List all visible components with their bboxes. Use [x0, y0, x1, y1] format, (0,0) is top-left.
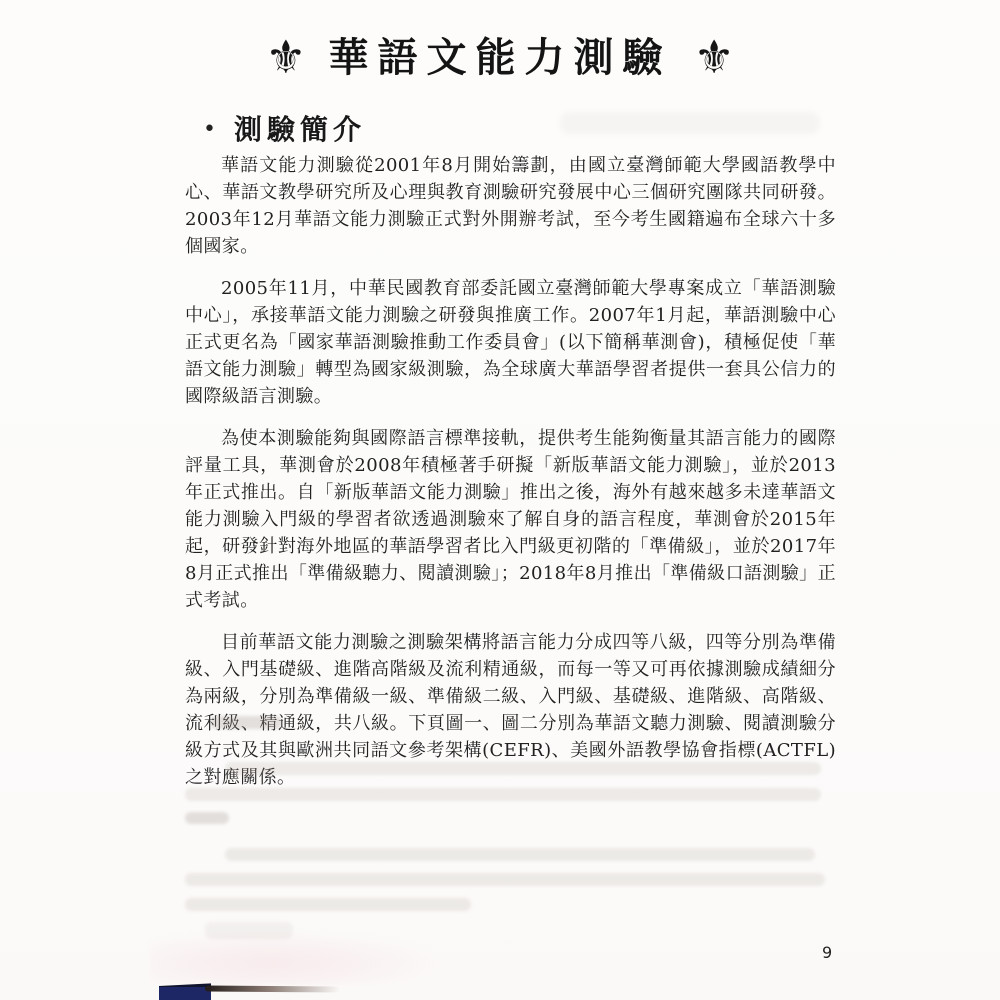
- bleed-through-line: [185, 898, 471, 911]
- document-header: ⚜ 華語文能力測驗 ⚜: [0, 26, 1000, 83]
- bleed-through-line: [210, 716, 282, 729]
- scan-smudge: [560, 112, 820, 134]
- section-heading-text: 測驗簡介: [234, 108, 366, 148]
- bleed-through-line: [225, 848, 815, 861]
- fleur-de-lis-icon: ⚜: [265, 34, 306, 80]
- scanned-document-page: ⚜ 華語文能力測驗 ⚜ • 測驗簡介 華語文能力測驗從2001年8月開始籌劃，由…: [0, 0, 1000, 1000]
- paragraph-3: 為使本測驗能夠與國際語言標準接軌，提供考生能夠衡量其語言能力的國際評量工具，華測…: [185, 425, 836, 614]
- fleur-de-lis-icon: ⚜: [694, 34, 735, 80]
- paragraph-2: 2005年11月，中華民國教育部委託國立臺灣師範大學專案成立「華語測驗中心」，承…: [185, 275, 836, 410]
- bleed-through-line: [185, 788, 821, 801]
- book-edge-shadow: [205, 986, 340, 993]
- body-text: 華語文能力測驗從2001年8月開始籌劃，由國立臺灣師範大學國語教學中心、華語文教…: [185, 152, 836, 806]
- bullet-icon: •: [203, 117, 216, 142]
- bleed-through-line: [185, 873, 825, 886]
- page-number: 9: [822, 943, 832, 962]
- bleed-through-line: [185, 812, 229, 824]
- scan-color-tinge: [150, 930, 450, 985]
- paragraph-1: 華語文能力測驗從2001年8月開始籌劃，由國立臺灣師範大學國語教學中心、華語文教…: [185, 152, 836, 260]
- bleed-through-line: [225, 762, 821, 775]
- document-title: 華語文能力測驗: [329, 26, 672, 83]
- section-heading: • 測驗簡介: [203, 108, 366, 148]
- book-edge: [159, 983, 211, 1000]
